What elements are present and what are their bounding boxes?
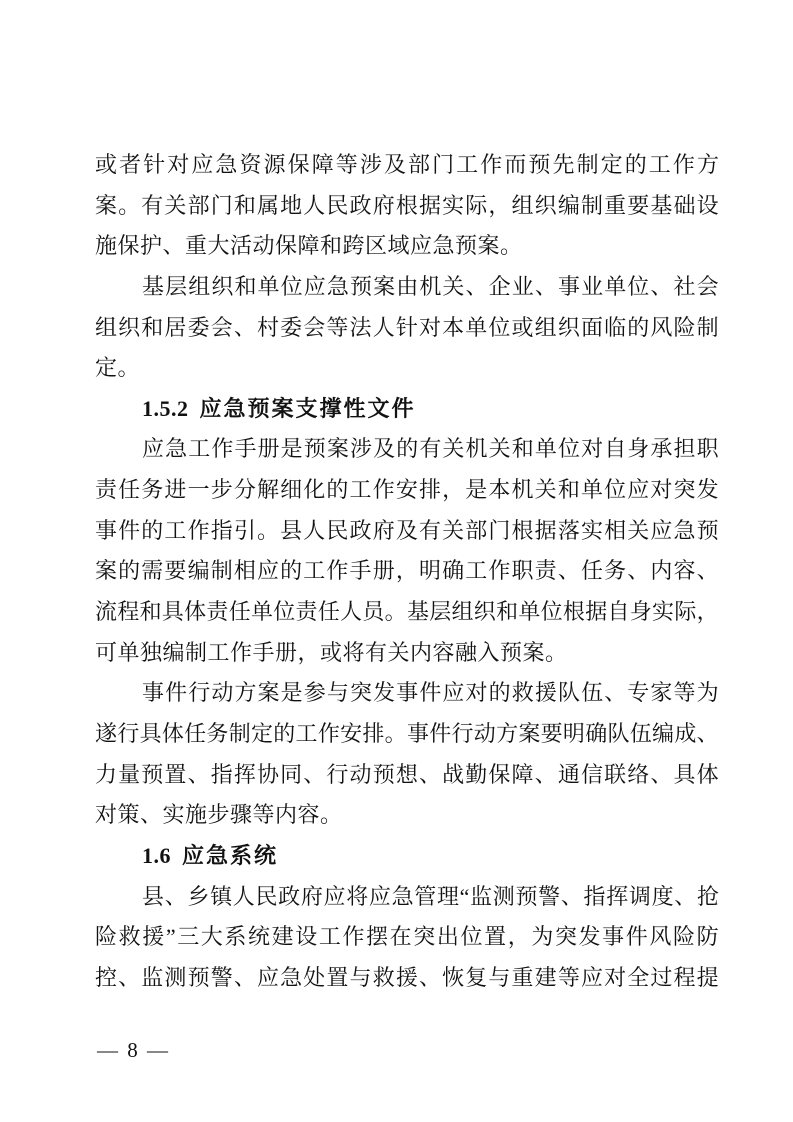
text-line: 可单独编制工作手册，或将有关内容融入预案。 — [95, 633, 719, 674]
text-line: 事件的工作指引。县人民政府及有关部门根据落实相关应急预 — [95, 511, 719, 552]
paragraph: 基层组织和单位应急预案由机关、企业、事业单位、社会 组织和居委会、村委会等法人针… — [95, 267, 719, 389]
text-line: 施保护、重大活动保障和跨区域应急预案。 — [95, 226, 719, 267]
document-page: 或者针对应急资源保障等涉及部门工作而预先制定的工作方 案。有关部门和属地人民政府… — [0, 0, 793, 1122]
section-heading-1-6: 1.6 应急系统 — [95, 836, 719, 877]
text-line: 县、乡镇人民政府应将应急管理“监测预警、指挥调度、抢 — [95, 877, 719, 918]
text-line: 控、监测预警、应急处置与救援、恢复与重建等应对全过程提 — [95, 958, 719, 999]
paragraph: 或者针对应急资源保障等涉及部门工作而预先制定的工作方 案。有关部门和属地人民政府… — [95, 145, 719, 267]
section-title: 应急系统 — [182, 836, 278, 877]
text-line: 案的需要编制相应的工作手册，明确工作职责、任务、内容、 — [95, 551, 719, 592]
text-line: 事件行动方案是参与突发事件应对的救援队伍、专家等为 — [95, 673, 719, 714]
paragraph: 事件行动方案是参与突发事件应对的救援队伍、专家等为 遂行具体任务制定的工作安排。… — [95, 673, 719, 836]
text-line: 应急工作手册是预案涉及的有关机关和单位对自身承担职 — [95, 429, 719, 470]
text-line: 对策、实施步骤等内容。 — [95, 795, 719, 836]
section-heading-1-5-2: 1.5.2 应急预案支撑性文件 — [95, 389, 719, 430]
text-line: 力量预置、指挥协同、行动预想、战勤保障、通信联络、具体 — [95, 755, 719, 796]
page-number: — 8 — — [97, 1030, 170, 1070]
text-line: 遂行具体任务制定的工作安排。事件行动方案要明确队伍编成、 — [95, 714, 719, 755]
text-line: 险救援”三大系统建设工作摆在突出位置，为突发事件风险防 — [95, 917, 719, 958]
text-line: 流程和具体责任单位责任人员。基层组织和单位根据自身实际， — [95, 592, 719, 633]
text-line: 案。有关部门和属地人民政府根据实际，组织编制重要基础设 — [95, 186, 719, 227]
section-number: 1.6 — [142, 836, 171, 877]
text-line: 定。 — [95, 348, 719, 389]
document-body: 或者针对应急资源保障等涉及部门工作而预先制定的工作方 案。有关部门和属地人民政府… — [95, 145, 719, 998]
text-line: 基层组织和单位应急预案由机关、企业、事业单位、社会 — [95, 267, 719, 308]
text-line: 或者针对应急资源保障等涉及部门工作而预先制定的工作方 — [95, 145, 719, 186]
text-line: 责任务进一步分解细化的工作安排，是本机关和单位应对突发 — [95, 470, 719, 511]
paragraph: 应急工作手册是预案涉及的有关机关和单位对自身承担职 责任务进一步分解细化的工作安… — [95, 429, 719, 673]
section-number: 1.5.2 — [142, 389, 189, 430]
section-title: 应急预案支撑性文件 — [200, 389, 416, 430]
paragraph: 县、乡镇人民政府应将应急管理“监测预警、指挥调度、抢 险救援”三大系统建设工作摆… — [95, 877, 719, 999]
text-line: 组织和居委会、村委会等法人针对本单位或组织面临的风险制 — [95, 308, 719, 349]
